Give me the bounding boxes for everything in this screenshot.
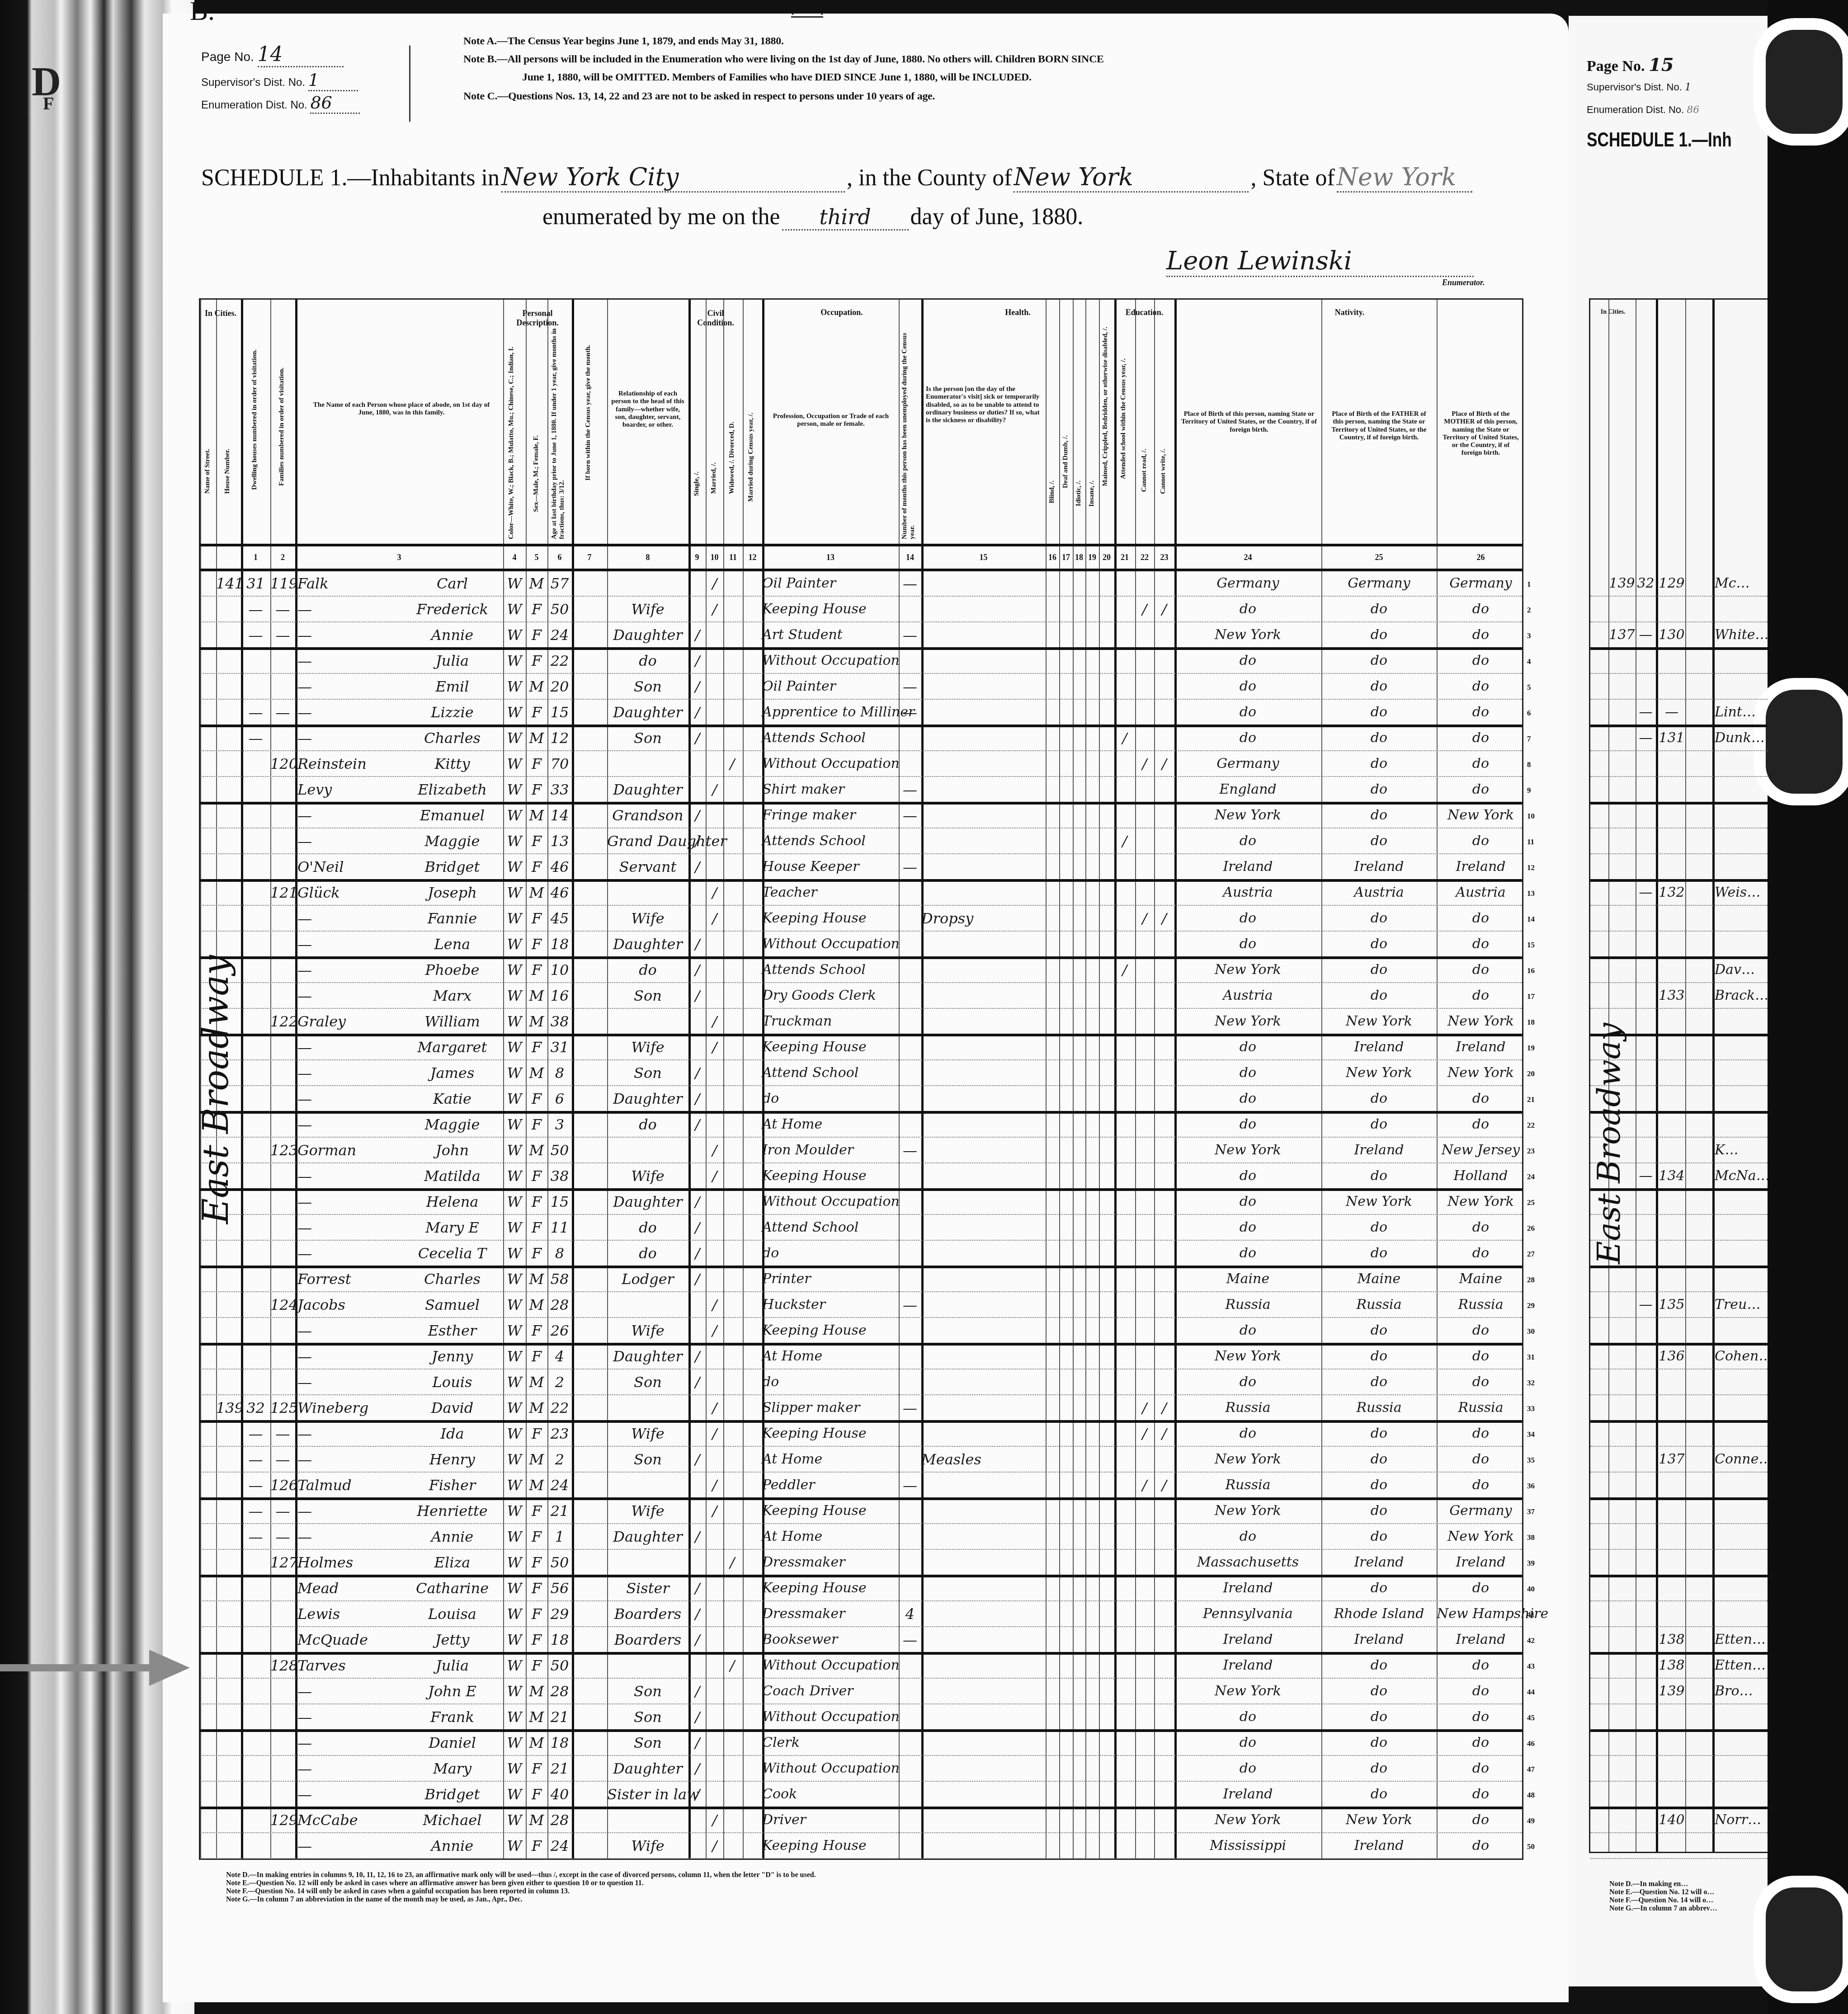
cell-color: W bbox=[503, 858, 526, 876]
col-number: 16 bbox=[1046, 553, 1059, 562]
cell-pob: New York bbox=[1174, 1450, 1321, 1468]
adjacent-cell-dwelling: — bbox=[1636, 884, 1656, 902]
cell-occ: Attends School bbox=[762, 961, 899, 979]
cell-given: Maggie bbox=[401, 1115, 503, 1134]
cell-read: / bbox=[1135, 755, 1154, 773]
row-number: 24 bbox=[1527, 1172, 1535, 1181]
col-18-header: Idiotic, /. bbox=[1075, 480, 1083, 506]
cell-unemp: — bbox=[899, 806, 921, 824]
adjacent-cell-name: Brack… bbox=[1715, 987, 1769, 1005]
cell-sex: F bbox=[526, 1322, 547, 1340]
cell-occ: Peddler bbox=[762, 1476, 899, 1494]
cell-given: Matilda bbox=[401, 1167, 503, 1185]
cell-sex: F bbox=[526, 652, 547, 670]
cell-color: W bbox=[503, 1322, 526, 1340]
cell-occ: Dry Goods Clerk bbox=[762, 987, 899, 1005]
row-number: 14 bbox=[1527, 915, 1535, 924]
row-number: 26 bbox=[1527, 1224, 1535, 1233]
schedule-title-line: SCHEDULE 1.—Inhabitants in New York City… bbox=[201, 163, 1472, 193]
cell-occ: Keeping House bbox=[762, 1167, 899, 1185]
row-number: 48 bbox=[1527, 1791, 1535, 1800]
cell-pob: do bbox=[1174, 1193, 1321, 1211]
cell-pob: do bbox=[1174, 729, 1321, 747]
cell-pob_m: do bbox=[1437, 600, 1525, 618]
cell-occ: Slipper maker bbox=[762, 1399, 899, 1417]
cell-age: 10 bbox=[547, 961, 572, 979]
enumeration-dist-field: Enumeration Dist. No. 86 bbox=[201, 93, 360, 114]
cell-given: Helena bbox=[401, 1193, 503, 1211]
cell-civil-mark: / bbox=[688, 1605, 707, 1623]
cell-color: W bbox=[503, 1837, 526, 1855]
cell-color: W bbox=[503, 1425, 526, 1443]
cell-sex: F bbox=[526, 1785, 547, 1803]
cell-pob_m: Ireland bbox=[1437, 1553, 1525, 1572]
punch-hole bbox=[1754, 1876, 1848, 2003]
cell-family: — bbox=[270, 1450, 295, 1468]
cell-rel: do bbox=[607, 1115, 688, 1134]
table-row: ———AnnieWF24DaughterArt Student—New York… bbox=[200, 622, 1522, 648]
cell-pob_m: Ireland bbox=[1437, 1038, 1525, 1056]
row-number: 42 bbox=[1527, 1636, 1535, 1645]
adjacent-row: —135Treu… bbox=[1590, 1292, 1768, 1318]
cell-rel: Grand Daughter bbox=[607, 832, 688, 850]
cell-given: Joseph bbox=[401, 884, 503, 902]
cell-pob: New York bbox=[1174, 1012, 1321, 1031]
cell-surname: — bbox=[297, 1193, 401, 1211]
row-number: 40 bbox=[1527, 1585, 1535, 1594]
cell-sex: F bbox=[526, 1425, 547, 1443]
cell-rel: Daughter bbox=[607, 1347, 688, 1365]
cell-age: 24 bbox=[547, 1837, 572, 1855]
cell-pob_m: do bbox=[1437, 1811, 1525, 1829]
cell-civil-mark: / bbox=[688, 806, 707, 824]
cell-unemp: — bbox=[899, 1476, 921, 1494]
cell-surname: — bbox=[297, 729, 401, 747]
cell-pob_m: New York bbox=[1437, 806, 1525, 824]
cell-given: Henry bbox=[401, 1450, 503, 1468]
cell-pob_m: Maine bbox=[1437, 1270, 1525, 1288]
cell-pob: do bbox=[1174, 1090, 1321, 1108]
cell-civil-mark: / bbox=[688, 1219, 707, 1237]
cell-pob_m: do bbox=[1437, 755, 1525, 773]
row-number: 19 bbox=[1527, 1044, 1535, 1053]
col-number: 20 bbox=[1099, 553, 1114, 562]
table-row: —MatildaWF38WifeKeeping HousedodoHolland… bbox=[200, 1163, 1522, 1189]
cell-read: / bbox=[1135, 600, 1154, 618]
cell-sex: F bbox=[526, 626, 547, 644]
cell-color: W bbox=[503, 678, 526, 696]
cell-color: W bbox=[503, 832, 526, 850]
adjacent-cell-name: Dunk… bbox=[1715, 729, 1769, 747]
adjacent-row: 133Brack… bbox=[1590, 983, 1768, 1009]
cell-sex: F bbox=[526, 1605, 547, 1623]
cell-pob_m: do bbox=[1437, 987, 1525, 1005]
cell-civil-mark: / bbox=[723, 755, 741, 773]
cell-dwelling: — bbox=[241, 1528, 270, 1546]
col-21-header: Attended school within the Census year, … bbox=[1120, 358, 1127, 479]
cell-surname: — bbox=[297, 1038, 401, 1056]
table-row: —John EWM28SonCoach DriverNew Yorkdodo/4… bbox=[200, 1679, 1522, 1704]
cell-pob_m: do bbox=[1437, 1476, 1525, 1494]
cell-pob_m: Holland bbox=[1437, 1167, 1525, 1185]
cell-sick: Measles bbox=[921, 1450, 1046, 1468]
cell-sex: F bbox=[526, 909, 547, 927]
cell-given: Esther bbox=[401, 1322, 503, 1340]
cell-civil-mark: / bbox=[706, 1167, 724, 1185]
adjacent-cell-name: Mc… bbox=[1715, 574, 1769, 593]
cell-civil-mark: / bbox=[688, 1090, 707, 1108]
cell-rel: Son bbox=[607, 1064, 688, 1082]
cell-pob_f: do bbox=[1321, 1502, 1437, 1520]
cell-civil-mark: / bbox=[688, 1115, 707, 1134]
cell-surname: Falk bbox=[297, 574, 401, 593]
cell-given: Henriette bbox=[401, 1502, 503, 1520]
adjacent-row: Dav… bbox=[1590, 957, 1768, 983]
adjacent-note-e: Note E.—Question No. 12 will o… bbox=[1609, 1888, 1717, 1896]
cell-age: 38 bbox=[547, 1012, 572, 1031]
col-number: 24 bbox=[1174, 553, 1321, 562]
adjacent-cell-name: Etten… bbox=[1715, 1656, 1769, 1675]
cell-civil-mark: / bbox=[688, 1193, 707, 1211]
adjacent-cell-family: 129 bbox=[1658, 574, 1685, 593]
table-row: —KatieWF6Daughterdodododo/21 bbox=[200, 1086, 1522, 1112]
cell-pob: do bbox=[1174, 909, 1321, 927]
cell-pob_f: do bbox=[1321, 1785, 1437, 1803]
cell-sex: F bbox=[526, 1090, 547, 1108]
adjacent-cell-name: Weis… bbox=[1715, 884, 1769, 902]
adjacent-cell-name: McNa… bbox=[1715, 1167, 1769, 1185]
cell-civil-mark: / bbox=[706, 884, 724, 902]
cell-given: Elizabeth bbox=[401, 781, 503, 799]
adjacent-cell-family: 135 bbox=[1658, 1296, 1685, 1314]
adjacent-enumeration-value: 86 bbox=[1687, 104, 1699, 116]
cell-color: W bbox=[503, 1682, 526, 1700]
cell-pob_m: do bbox=[1437, 1760, 1525, 1778]
cell-sex: F bbox=[526, 858, 547, 876]
cell-pob: do bbox=[1174, 1373, 1321, 1391]
cell-surname: Glück bbox=[297, 884, 401, 902]
adjacent-cell-family: 131 bbox=[1658, 729, 1685, 747]
cell-civil-mark: / bbox=[688, 987, 707, 1005]
cell-pob_m: do bbox=[1437, 1115, 1525, 1134]
cell-rel: do bbox=[607, 1219, 688, 1237]
state-value: New York bbox=[1337, 163, 1472, 193]
cell-occ: Huckster bbox=[762, 1296, 899, 1314]
adjacent-cell-family: 140 bbox=[1658, 1811, 1685, 1829]
cell-given: Samuel bbox=[401, 1296, 503, 1314]
table-row: —Cecelia TWF8dododododo/27 bbox=[200, 1241, 1522, 1266]
cell-pob_f: Germany bbox=[1321, 574, 1437, 593]
cell-given: Louisa bbox=[401, 1605, 503, 1623]
cell-rel: Wife bbox=[607, 1167, 688, 1185]
row-number: 36 bbox=[1527, 1482, 1535, 1491]
adjacent-enumeration-label: Enumeration Dist. No. bbox=[1587, 104, 1684, 115]
cell-given: Annie bbox=[401, 1528, 503, 1546]
cell-pob_m: New York bbox=[1437, 1193, 1525, 1211]
cell-color: W bbox=[503, 1115, 526, 1134]
cell-occ: Without Occupation bbox=[762, 1708, 899, 1726]
adjacent-row: 139Bro… bbox=[1590, 1679, 1768, 1704]
cell-pob_m: New York bbox=[1437, 1528, 1525, 1546]
col-16-header: Blind, /. bbox=[1048, 480, 1056, 503]
cell-sex: F bbox=[526, 1502, 547, 1520]
cell-civil-mark: / bbox=[688, 1734, 707, 1752]
cell-civil-mark: / bbox=[706, 1425, 724, 1443]
cell-age: 21 bbox=[547, 1760, 572, 1778]
row-number: 32 bbox=[1527, 1379, 1535, 1388]
cell-pob: do bbox=[1174, 935, 1321, 953]
cell-civil-mark: / bbox=[688, 1631, 707, 1649]
row-number: 50 bbox=[1527, 1842, 1535, 1851]
row-number: 2 bbox=[1527, 606, 1531, 615]
cell-age: 15 bbox=[547, 1193, 572, 1211]
table-row: —JamesWM8SonAttend SchooldoNew YorkNew Y… bbox=[200, 1060, 1522, 1086]
cell-given: Carl bbox=[401, 574, 503, 593]
table-row: —MargaretWF31WifeKeeping HousedoIrelandI… bbox=[200, 1035, 1522, 1060]
table-row: ——CharlesWM12SonAttends Schooldododo//7 bbox=[200, 725, 1522, 751]
adjacent-row: 137—130White… bbox=[1590, 622, 1768, 648]
col-number: 7 bbox=[572, 553, 607, 562]
col-5-header: Sex—Male, M.; Female, F. bbox=[533, 435, 540, 512]
cell-civil-mark: / bbox=[688, 1270, 707, 1288]
cell-pob_f: do bbox=[1321, 1734, 1437, 1752]
cell-unemp: 4 bbox=[899, 1605, 921, 1623]
cell-color: W bbox=[503, 1373, 526, 1391]
cell-rel: do bbox=[607, 961, 688, 979]
cell-pob: Ireland bbox=[1174, 1656, 1321, 1675]
cell-civil-mark: / bbox=[706, 1322, 724, 1340]
note-g: Note G.—In column 7 an abbreviation in t… bbox=[226, 1896, 816, 1904]
cell-unemp: — bbox=[899, 703, 921, 721]
cell-occ: Dressmaker bbox=[762, 1553, 899, 1572]
cell-pob_f: do bbox=[1321, 1373, 1437, 1391]
cell-sex: M bbox=[526, 574, 547, 593]
col-number: 17 bbox=[1059, 553, 1073, 562]
col-11-header: Widowed, /. Divorced, D. bbox=[728, 422, 736, 494]
note-d: Note D.—In making entries in columns 9, … bbox=[226, 1871, 816, 1879]
cell-occ: Without Occupation bbox=[762, 1760, 899, 1778]
table-row: O'NeilBridgetWF46ServantHouse Keeper—Ire… bbox=[200, 854, 1522, 880]
cell-sex: F bbox=[526, 1244, 547, 1262]
cell-rel: Son bbox=[607, 987, 688, 1005]
row-number: 10 bbox=[1527, 812, 1535, 821]
cell-given: Marx bbox=[401, 987, 503, 1005]
cell-pob_m: do bbox=[1437, 1347, 1525, 1365]
row-number: 27 bbox=[1527, 1250, 1535, 1259]
cell-dwelling: 31 bbox=[241, 574, 270, 593]
cell-civil-mark: / bbox=[688, 935, 707, 953]
row-number: 30 bbox=[1527, 1327, 1535, 1336]
cell-surname: — bbox=[297, 909, 401, 927]
cell-age: 50 bbox=[547, 600, 572, 618]
cell-age: 58 bbox=[547, 1270, 572, 1288]
cell-write: / bbox=[1154, 1399, 1174, 1417]
cell-civil-mark: / bbox=[706, 1502, 724, 1520]
cell-sex: M bbox=[526, 1399, 547, 1417]
cell-given: Phoebe bbox=[401, 961, 503, 979]
adjacent-cell-family: 132 bbox=[1658, 884, 1685, 902]
cell-civil-mark: / bbox=[706, 909, 724, 927]
cell-occ: Clerk bbox=[762, 1734, 899, 1752]
adjacent-row: 140Norr… bbox=[1590, 1807, 1768, 1833]
row-number: 43 bbox=[1527, 1662, 1535, 1671]
page-no-label: Page No. bbox=[201, 50, 254, 64]
cell-rel: Lodger bbox=[607, 1270, 688, 1288]
cell-rel: Son bbox=[607, 729, 688, 747]
cell-color: W bbox=[503, 1141, 526, 1159]
note-b-cont: June 1, 1880, will be OMITTED. Members o… bbox=[522, 71, 1032, 84]
row-number: 44 bbox=[1527, 1688, 1535, 1697]
table-row: 120ReinsteinKittyWF70Without Occupation/… bbox=[200, 751, 1522, 777]
cell-pob: do bbox=[1174, 1760, 1321, 1778]
cell-pob_f: do bbox=[1321, 755, 1437, 773]
table-row: McQuadeJettyWF18BoardersBooksewer—Irelan… bbox=[200, 1627, 1522, 1653]
table-row: —HelenaWF15DaughterWithout OccupationdoN… bbox=[200, 1189, 1522, 1215]
cell-sex: F bbox=[526, 1760, 547, 1778]
cell-civil-mark: / bbox=[706, 1476, 724, 1494]
col-15-header: Is the person [on the day of the Enumera… bbox=[926, 386, 1041, 424]
cell-pob_m: Germany bbox=[1437, 1502, 1525, 1520]
row-number: 31 bbox=[1527, 1353, 1535, 1362]
cell-surname: Levy bbox=[297, 781, 401, 799]
cell-age: 11 bbox=[547, 1219, 572, 1237]
cell-surname: McQuade bbox=[297, 1631, 401, 1649]
group-nativity: Nativity. bbox=[1174, 308, 1525, 317]
row-number: 34 bbox=[1527, 1430, 1535, 1439]
cell-sex: F bbox=[526, 1219, 547, 1237]
cell-civil-mark: / bbox=[688, 678, 707, 696]
cell-color: W bbox=[503, 806, 526, 824]
cell-surname: — bbox=[297, 1244, 401, 1262]
cell-family: 127 bbox=[270, 1553, 295, 1572]
cell-sex: F bbox=[526, 703, 547, 721]
cell-dwelling: — bbox=[241, 1502, 270, 1520]
row-number: 9 bbox=[1527, 786, 1531, 795]
cell-pob: Massachusetts bbox=[1174, 1553, 1321, 1572]
adjacent-cell-name: Treu… bbox=[1715, 1296, 1769, 1314]
cell-given: Cecelia T bbox=[401, 1244, 503, 1262]
table-row: ———HenrietteWF21WifeKeeping HouseNew Yor… bbox=[200, 1498, 1522, 1524]
cell-family: — bbox=[270, 1502, 295, 1520]
cell-rel: Boarders bbox=[607, 1631, 688, 1649]
cell-occ: Keeping House bbox=[762, 1837, 899, 1855]
cell-age: 1 bbox=[547, 1528, 572, 1546]
row-number: 23 bbox=[1527, 1147, 1535, 1156]
cell-color: W bbox=[503, 729, 526, 747]
cell-color: W bbox=[503, 1167, 526, 1185]
cell-color: W bbox=[503, 909, 526, 927]
row-number: 13 bbox=[1527, 889, 1535, 898]
cell-civil-mark: / bbox=[688, 1579, 707, 1597]
cell-read: / bbox=[1135, 1425, 1154, 1443]
cell-occ: Fringe maker bbox=[762, 806, 899, 824]
cell-color: W bbox=[503, 600, 526, 618]
cell-pob_m: New Jersey bbox=[1437, 1141, 1525, 1159]
cell-age: 15 bbox=[547, 703, 572, 721]
cell-age: 46 bbox=[547, 884, 572, 902]
cell-age: 18 bbox=[547, 1734, 572, 1752]
state-label: , State of bbox=[1250, 165, 1334, 191]
cell-given: Emil bbox=[401, 678, 503, 696]
cell-family: 129 bbox=[270, 1811, 295, 1829]
table-row: —EmanuelWM14GrandsonFringe maker—New Yor… bbox=[200, 803, 1522, 828]
cell-surname: Wineberg bbox=[297, 1399, 401, 1417]
table-row: —MaryWF21DaughterWithout Occupationdodod… bbox=[200, 1756, 1522, 1782]
cell-pob: do bbox=[1174, 600, 1321, 618]
cell-pob_m: do bbox=[1437, 1373, 1525, 1391]
table-row: —MarxWM16SonDry Goods ClerkAustriadodo/1… bbox=[200, 983, 1522, 1009]
adjacent-cell-name: Etten… bbox=[1715, 1631, 1769, 1649]
col-number: 3 bbox=[295, 553, 503, 562]
cell-occ: Teacher bbox=[762, 884, 899, 902]
group-health: Health. bbox=[921, 308, 1114, 317]
cell-occ: do bbox=[762, 1244, 899, 1262]
cell-pob: Germany bbox=[1174, 755, 1321, 773]
cell-family: — bbox=[270, 1425, 295, 1443]
table-row: —126TalmudFisherWM24Peddler—//Russiadodo… bbox=[200, 1473, 1522, 1498]
table-row: —JennyWF4DaughterAt HomeNew Yorkdodo/31 bbox=[200, 1344, 1522, 1369]
cell-unemp: — bbox=[899, 1631, 921, 1649]
adjacent-cell-family: — bbox=[1658, 703, 1685, 721]
adjacent-row: 137Conne… bbox=[1590, 1447, 1768, 1473]
cell-age: 33 bbox=[547, 781, 572, 799]
adjacent-street-name: East Broadway bbox=[1590, 1023, 1627, 1264]
cell-pob_m: Germany bbox=[1437, 574, 1525, 593]
cell-pob_f: Ireland bbox=[1321, 1837, 1437, 1855]
cell-pob_f: Ireland bbox=[1321, 1553, 1437, 1572]
cell-pob: Germany bbox=[1174, 574, 1321, 593]
table-row: 129McCabeMichaelWM28DriverNew YorkNew Yo… bbox=[200, 1807, 1522, 1833]
adjacent-row: 138Etten… bbox=[1590, 1627, 1768, 1653]
col-house-number-header: House Number. bbox=[224, 449, 231, 494]
adjacent-cell-name: K… bbox=[1715, 1141, 1769, 1159]
col-25-header: Place of Birth of the FATHER of this per… bbox=[1326, 410, 1432, 442]
cell-occ: do bbox=[762, 1373, 899, 1391]
cell-occ: Driver bbox=[762, 1811, 899, 1829]
binding-letter-f: F bbox=[43, 93, 54, 114]
cell-pob: New York bbox=[1174, 1347, 1321, 1365]
cell-color: W bbox=[503, 1579, 526, 1597]
cell-age: 23 bbox=[547, 1425, 572, 1443]
cell-age: 29 bbox=[547, 1605, 572, 1623]
cell-dwelling: — bbox=[241, 600, 270, 618]
cell-occ: House Keeper bbox=[762, 858, 899, 876]
cell-surname: Reinstein bbox=[297, 755, 401, 773]
cell-family: 125 bbox=[270, 1399, 295, 1417]
cell-surname: — bbox=[297, 1502, 401, 1520]
table-row: —AnnieWF24WifeKeeping HouseMississippiIr… bbox=[200, 1833, 1522, 1859]
cell-pob_f: do bbox=[1321, 1322, 1437, 1340]
form-number: [7-296.] bbox=[791, 5, 823, 18]
cell-pob_f: do bbox=[1321, 703, 1437, 721]
cell-civil-mark: / bbox=[706, 1811, 724, 1829]
cell-occ: Oil Painter bbox=[762, 678, 899, 696]
adjacent-row: 138Etten… bbox=[1590, 1653, 1768, 1679]
cell-pob_m: do bbox=[1437, 652, 1525, 670]
cell-sex: M bbox=[526, 884, 547, 902]
adjacent-cell-name: Cohen… bbox=[1715, 1347, 1769, 1365]
cell-age: 70 bbox=[547, 755, 572, 773]
cell-civil-mark: / bbox=[688, 626, 707, 644]
cell-surname: — bbox=[297, 961, 401, 979]
cell-rel: Wife bbox=[607, 1502, 688, 1520]
cell-given: Annie bbox=[401, 626, 503, 644]
cell-unemp: — bbox=[899, 1399, 921, 1417]
cell-pob: England bbox=[1174, 781, 1321, 799]
cell-pob_m: do bbox=[1437, 626, 1525, 644]
cell-surname: — bbox=[297, 678, 401, 696]
col-number: 22 bbox=[1135, 553, 1154, 562]
